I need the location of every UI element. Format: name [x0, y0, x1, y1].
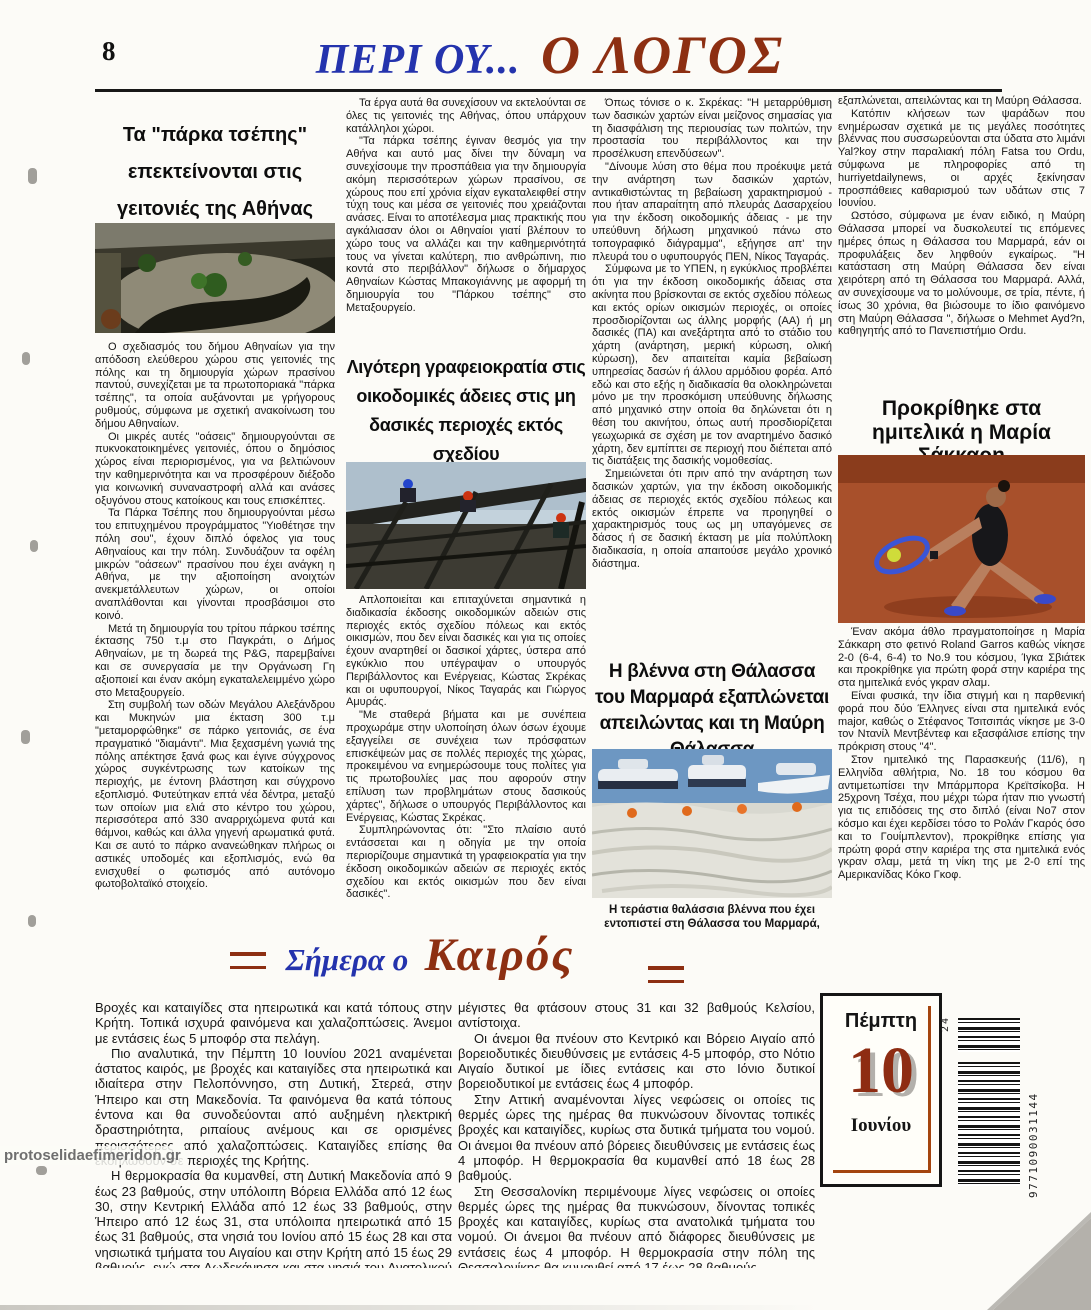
sea-slime-caption: Η τεράστια θαλάσσια βλέννα που έχει εντο…: [592, 903, 832, 931]
article-paragraph: Στον ημιτελικό της Παρασκευής (11/6), η …: [838, 754, 1085, 882]
calendar-date-box: Πέμπτη 10 Ιουνίου: [820, 993, 942, 1187]
masthead-o-logos: Ο ΛΟΓΟΣ: [541, 25, 784, 85]
article-paragraph: Κατόπιν κλήσεων των ψαράδων που ενημέρωσ…: [838, 108, 1085, 210]
weather-paragraph: Η θερμοκρασία θα κυμανθεί, στη Δυτική Μα…: [95, 1168, 452, 1268]
barcode-issue-number: 24: [940, 1016, 951, 1032]
weather-column-left: Βροχές και καταιγίδες στα ηπειρωτικά και…: [95, 1000, 452, 1268]
scan-smudge: [30, 540, 38, 552]
article-paragraph: "Με σταθερά βήματα και με συνέπεια προχω…: [346, 709, 586, 824]
issue-barcode: 24 9771090031144: [950, 1016, 1034, 1194]
article-paragraph: Όπως τόνισε ο κ. Σκρέκας: "Η μεταρρύθμισ…: [592, 97, 832, 161]
article-paragraph: Είναι φυσικά, την ίδια στιγμή και η παρθ…: [838, 690, 1085, 754]
calendar-month: Ιουνίου: [823, 1115, 939, 1137]
calendar-day-number: 10: [823, 1039, 939, 1103]
scan-smudge: [28, 168, 37, 184]
construction-site-photo: [346, 462, 586, 589]
barcode-bars-top: [958, 1018, 1020, 1052]
weather-paragraph: Οι άνεμοι θα πνέουν στο Κεντρικό και Βόρ…: [458, 1031, 815, 1092]
scan-smudge: [36, 1166, 47, 1175]
weather-banner-rule-right: [648, 966, 684, 983]
weather-paragraph: μέγιστες θα φτάσουν στους 31 και 32 βαθμ…: [458, 1000, 815, 1031]
article-paragraph: Συμπληρώνοντας ότι: "Στο πλαίσιο αυτό εν…: [346, 824, 586, 901]
pocket-park-photo: [95, 223, 335, 333]
page-number: 8: [102, 36, 116, 67]
weather-banner-prefix: Σήμερα ο: [286, 942, 409, 977]
weather-paragraph: Βροχές και καταιγίδες στα ηπειρωτικά και…: [95, 1000, 452, 1046]
article-paragraph: εξαπλώνεται, απειλώντας και τη Μαύρη Θάλ…: [838, 95, 1085, 108]
article-paragraph: Έναν ακόμα άθλο πραγματοποίησε η Μαρία Σ…: [838, 626, 1085, 690]
article-paragraph: Απλοποιείται και επιταχύνεται σημαντικά …: [346, 594, 586, 709]
article-paragraph: "Τα πάρκα τσέπης έγιναν θεσμός για την Α…: [346, 135, 586, 314]
sakkari-article-body: Έναν ακόμα άθλο πραγματοποίησε η Μαρία Σ…: [838, 626, 1085, 934]
article-paragraph: Τα έργα αυτά θα συνεχίσουν να εκτελούντα…: [346, 97, 586, 135]
parks-article-column-2: Τα έργα αυτά θα συνεχίσουν να εκτελούντα…: [346, 97, 586, 337]
scan-smudge: [28, 915, 36, 927]
headline-sea-slime: Η βλέννα στη Θάλασσα του Μαρμαρά εξαπλών…: [592, 659, 832, 763]
weather-banner-rule-left: [230, 952, 266, 969]
scan-smudge: [21, 730, 30, 744]
article-paragraph: Οι μικρές αυτές "οάσεις" δημιουργούνται …: [95, 431, 335, 508]
permits-article-column-3: Όπως τόνισε ο κ. Σκρέκας: "Η μεταρρύθμισ…: [592, 97, 832, 641]
masthead: ΠΕΡΙ ΟΥ... Ο ΛΟΓΟΣ: [150, 24, 950, 86]
weather-paragraph: Στην Αττική αναμένονται λίγες νεφώσεις ο…: [458, 1092, 815, 1184]
article-paragraph: Σύμφωνα με το ΥΠΕΝ, η εγκύκλιος προβλέπε…: [592, 263, 832, 468]
sea-mucilage-photo: [592, 749, 832, 898]
article-paragraph: Ο σχεδιασμός του δήμου Αθηναίων για την …: [95, 341, 335, 431]
article-paragraph: Μετά τη δημιουργία του τρίτου πάρκου τσέ…: [95, 623, 335, 700]
barcode-bars-main: [958, 1062, 1020, 1186]
barcode-number: 9771090031144: [1027, 1058, 1040, 1198]
permits-article-column-2: Απλοποιείται και επιταχύνεται σημαντικά …: [346, 594, 586, 935]
weather-banner-word: Καιρός: [425, 929, 575, 981]
headline-building-permits: Λιγότερη γραφειοκρατία στις οικοδομικές …: [343, 353, 589, 469]
scan-smudge: [22, 352, 30, 365]
article-paragraph: Σημειώνεται ότι πριν από την ανάρτηση τω…: [592, 468, 832, 570]
masthead-peri-ou: ΠΕΡΙ ΟΥ...: [316, 37, 521, 83]
article-paragraph: Στη συμβολή των οδών Μεγάλου Αλεξάνδρου …: [95, 699, 335, 891]
article-paragraph: Ωστόσο, σύμφωνα με έναν ειδικό, η Μαύρη …: [838, 210, 1085, 338]
weather-paragraph: Στη Θεσσαλονίκη περιμένουμε λίγες νεφώσε…: [458, 1184, 815, 1268]
article-paragraph: Τα Πάρκα Τσέπης που δημιουργούνται μέσω …: [95, 507, 335, 622]
calendar-day-name: Πέμπτη: [823, 1010, 939, 1033]
parks-article-column-1: Ο σχεδιασμός του δήμου Αθηναίων για την …: [95, 341, 335, 933]
weather-column-right: μέγιστες θα φτάσουν στους 31 και 32 βαθμ…: [458, 1000, 815, 1268]
tennis-player-photo: [838, 455, 1085, 623]
slime-article-column-4: εξαπλώνεται, απειλώντας και τη Μαύρη Θάλ…: [838, 95, 1085, 375]
article-paragraph: "Δίνουμε λύση στο θέμα που προέκυψε μετά…: [592, 161, 832, 263]
page-bottom-shadow: [0, 1305, 818, 1310]
site-watermark: protoselidaefimeridon.gr: [0, 1146, 185, 1165]
headline-pocket-parks: Τα "πάρκα τσέπης" επεκτείνονται στις γει…: [95, 117, 335, 228]
newspaper-page: 8 ΠΕΡΙ ΟΥ... Ο ΛΟΓΟΣ Τα "πάρκα τσέπης" ε…: [0, 0, 1091, 1310]
masthead-rule: [95, 89, 1002, 92]
